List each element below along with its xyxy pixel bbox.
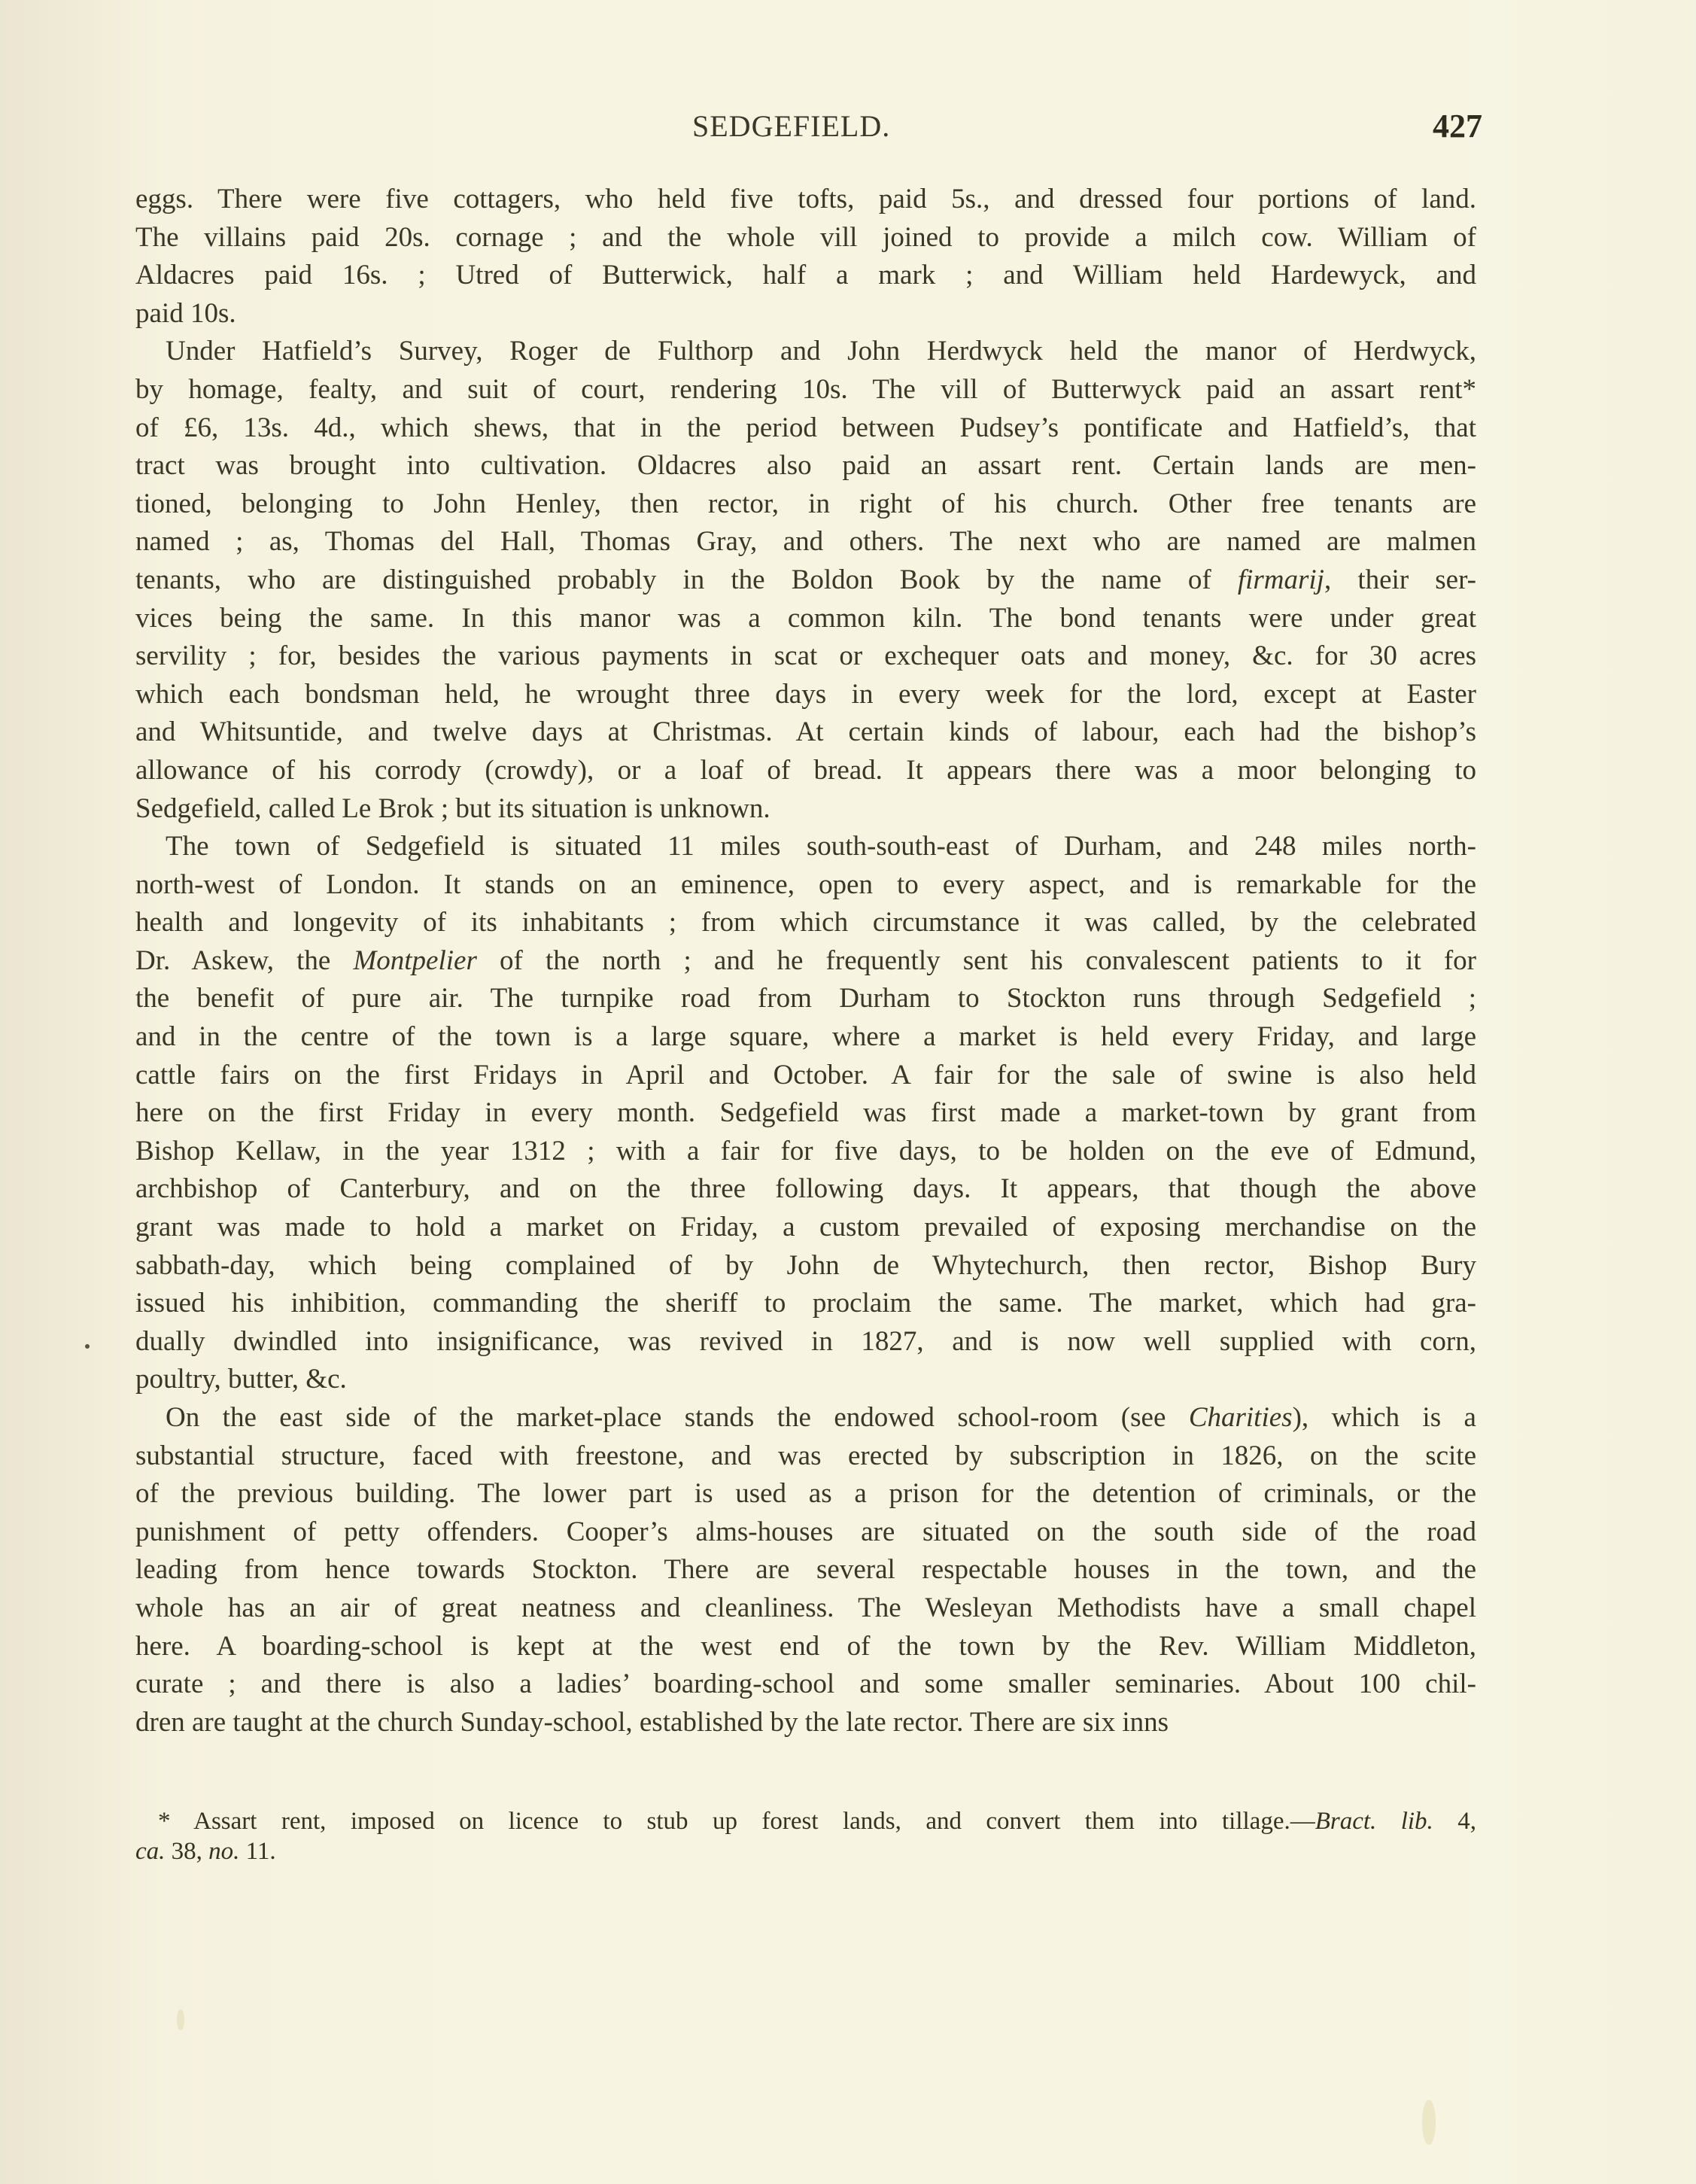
footnote-line: ca. 38, no. 11. <box>135 1836 1476 1866</box>
text-line: The villains paid 20s. cornage ; and the… <box>135 219 1476 257</box>
text-line: the benefit of pure air. The turnpike ro… <box>135 980 1476 1018</box>
footnote-line: * Assart rent, imposed on licence to stu… <box>135 1806 1476 1836</box>
text-line: vices being the same. In this manor was … <box>135 600 1476 638</box>
text-run: Dr. Askew, the <box>135 945 353 976</box>
text-run: curate ; and there is also a ladies’ boa… <box>135 1668 1476 1699</box>
text-line: Under Hatfield’s Survey, Roger de Fultho… <box>135 333 1476 371</box>
text-line: Dr. Askew, the Montpelier of the north ;… <box>135 942 1476 981</box>
text-line: paid 10s. <box>135 295 1476 333</box>
book-page: SEDGEFIELD. 427 eggs. There were five co… <box>0 0 1696 2184</box>
text-line: health and longevity of its inhabitants … <box>135 904 1476 942</box>
text-run: the benefit of pure air. The turnpike ro… <box>135 983 1476 1014</box>
text-run: of the previous building. The lower part… <box>135 1478 1476 1509</box>
text-run: Bishop Kellaw, in the year 1312 ; with a… <box>135 1136 1476 1167</box>
text-line: substantial structure, faced with freest… <box>135 1437 1476 1476</box>
text-line: curate ; and there is also a ladies’ boa… <box>135 1665 1476 1704</box>
paper-stain <box>1422 2100 1436 2145</box>
text-run: and in the centre of the town is a large… <box>135 1021 1476 1052</box>
text-run: tioned, belonging to John Henley, then r… <box>135 488 1476 519</box>
text-run: health and longevity of its inhabitants … <box>135 907 1476 938</box>
text-run: north-west of London. It stands on an em… <box>135 869 1476 900</box>
italic-text: Montpelier <box>353 945 476 976</box>
text-run: 4, <box>1433 1808 1476 1835</box>
text-line: On the east side of the market-place sta… <box>135 1399 1476 1437</box>
paragraph: Under Hatfield’s Survey, Roger de Fultho… <box>135 333 1476 828</box>
text-line: of the previous building. The lower part… <box>135 1475 1476 1513</box>
text-line: poultry, butter, &c. <box>135 1361 1476 1399</box>
text-run: of the north ; and he frequently sent hi… <box>477 945 1476 976</box>
text-run: poultry, butter, &c. <box>135 1364 347 1395</box>
text-line: allowance of his corrody (crowdy), or a … <box>135 752 1476 790</box>
text-run: grant was made to hold a market on Frida… <box>135 1212 1476 1243</box>
text-line: and Whitsuntide, and twelve days at Chri… <box>135 713 1476 752</box>
text-run: eggs. There were five cottagers, who hel… <box>135 184 1476 214</box>
text-line: here on the first Friday in every month.… <box>135 1094 1476 1133</box>
text-run: servility ; for, besides the various pay… <box>135 640 1476 671</box>
text-line: sabbath-day, which being complained of b… <box>135 1247 1476 1285</box>
text-line: and in the centre of the town is a large… <box>135 1018 1476 1057</box>
text-line: of £6, 13s. 4d., which shews, that in th… <box>135 409 1476 448</box>
text-line: issued his inhibition, commanding the sh… <box>135 1285 1476 1323</box>
text-line: by homage, fealty, and suit of court, re… <box>135 371 1476 409</box>
text-line: named ; as, Thomas del Hall, Thomas Gray… <box>135 523 1476 561</box>
text-run: 38, <box>165 1838 208 1865</box>
paper-stain <box>177 2009 184 2030</box>
text-line: punishment of petty offenders. Cooper’s … <box>135 1513 1476 1552</box>
text-run: vices being the same. In this manor was … <box>135 603 1476 634</box>
footnote: * Assart rent, imposed on licence to stu… <box>135 1806 1476 1866</box>
text-run: sabbath-day, which being complained of b… <box>135 1250 1476 1281</box>
text-run: Aldacres paid 16s. ; Utred of Butterwick… <box>135 260 1476 290</box>
text-run: leading from hence towards Stockton. The… <box>135 1554 1476 1585</box>
text-line: tioned, belonging to John Henley, then r… <box>135 485 1476 524</box>
text-run: The town of Sedgefield is situated 11 mi… <box>166 831 1476 862</box>
text-run: of £6, 13s. 4d., which shews, that in th… <box>135 412 1476 443</box>
text-run: and Whitsuntide, and twelve days at Chri… <box>135 716 1476 747</box>
paragraph: The town of Sedgefield is situated 11 mi… <box>135 828 1476 1399</box>
running-head: SEDGEFIELD. 427 <box>0 105 1696 151</box>
italic-text: firmarij <box>1238 564 1324 595</box>
text-line: archbishop of Canterbury, and on the thr… <box>135 1170 1476 1209</box>
paragraph: eggs. There were five cottagers, who hel… <box>135 181 1476 333</box>
text-run: tenants, who are distinguished probably … <box>135 564 1238 595</box>
stray-ink-mark <box>85 1344 90 1349</box>
text-run: issued his inhibition, commanding the sh… <box>135 1288 1476 1319</box>
text-line: leading from hence towards Stockton. The… <box>135 1551 1476 1589</box>
text-run: whole has an air of great neatness and c… <box>135 1592 1476 1623</box>
text-line: Sedgefield, called Le Brok ; but its sit… <box>135 790 1476 829</box>
italic-text: no. <box>208 1838 239 1865</box>
text-line: here. A boarding-school is kept at the w… <box>135 1628 1476 1666</box>
text-line: grant was made to hold a market on Frida… <box>135 1209 1476 1247</box>
text-run: cattle fairs on the first Fridays in Apr… <box>135 1060 1476 1090</box>
page-number: 427 <box>1433 107 1482 145</box>
text-line: dually dwindled into insignificance, was… <box>135 1323 1476 1361</box>
text-run: here. A boarding-school is kept at the w… <box>135 1631 1476 1662</box>
text-run: The villains paid 20s. cornage ; and the… <box>135 222 1476 253</box>
paragraph: On the east side of the market-place sta… <box>135 1399 1476 1741</box>
text-run: , their ser- <box>1324 564 1476 595</box>
body-text: eggs. There were five cottagers, who hel… <box>135 181 1476 1741</box>
text-run: named ; as, Thomas del Hall, Thomas Gray… <box>135 526 1476 557</box>
text-run: ), which is a <box>1293 1402 1476 1433</box>
text-run: substantial structure, faced with freest… <box>135 1440 1476 1471</box>
text-line: servility ; for, besides the various pay… <box>135 637 1476 676</box>
text-run: 11. <box>239 1838 275 1865</box>
text-line: eggs. There were five cottagers, who hel… <box>135 181 1476 219</box>
text-run: dually dwindled into insignificance, was… <box>135 1326 1476 1357</box>
text-run: * Assart rent, imposed on licence to stu… <box>158 1808 1315 1835</box>
text-line: dren are taught at the church Sunday-sch… <box>135 1704 1476 1742</box>
text-run: punishment of petty offenders. Cooper’s … <box>135 1516 1476 1547</box>
text-run: by homage, fealty, and suit of court, re… <box>135 374 1476 405</box>
text-line: Aldacres paid 16s. ; Utred of Butterwick… <box>135 257 1476 295</box>
text-run: allowance of his corrody (crowdy), or a … <box>135 755 1476 786</box>
text-line: tract was brought into cultivation. Olda… <box>135 447 1476 485</box>
italic-text: Charities <box>1189 1402 1293 1433</box>
text-run: here on the first Friday in every month.… <box>135 1097 1476 1128</box>
running-title: SEDGEFIELD. <box>692 108 890 144</box>
text-run: paid 10s. <box>135 298 236 329</box>
text-line: whole has an air of great neatness and c… <box>135 1589 1476 1628</box>
italic-text: Bract. lib. <box>1315 1808 1433 1835</box>
text-line: Bishop Kellaw, in the year 1312 ; with a… <box>135 1133 1476 1171</box>
text-line: north-west of London. It stands on an em… <box>135 866 1476 905</box>
text-line: which each bondsman held, he wrought thr… <box>135 676 1476 714</box>
text-line: tenants, who are distinguished probably … <box>135 561 1476 600</box>
text-run: archbishop of Canterbury, and on the thr… <box>135 1173 1476 1204</box>
text-run: tract was brought into cultivation. Olda… <box>135 450 1476 481</box>
text-line: The town of Sedgefield is situated 11 mi… <box>135 828 1476 866</box>
text-line: cattle fairs on the first Fridays in Apr… <box>135 1057 1476 1095</box>
text-run: dren are taught at the church Sunday-sch… <box>135 1707 1169 1738</box>
text-run: Under Hatfield’s Survey, Roger de Fultho… <box>166 336 1476 367</box>
text-run: Sedgefield, called Le Brok ; but its sit… <box>135 793 770 824</box>
text-run: On the east side of the market-place sta… <box>166 1402 1189 1433</box>
italic-text: ca. <box>135 1838 165 1865</box>
text-run: which each bondsman held, he wrought thr… <box>135 679 1476 710</box>
